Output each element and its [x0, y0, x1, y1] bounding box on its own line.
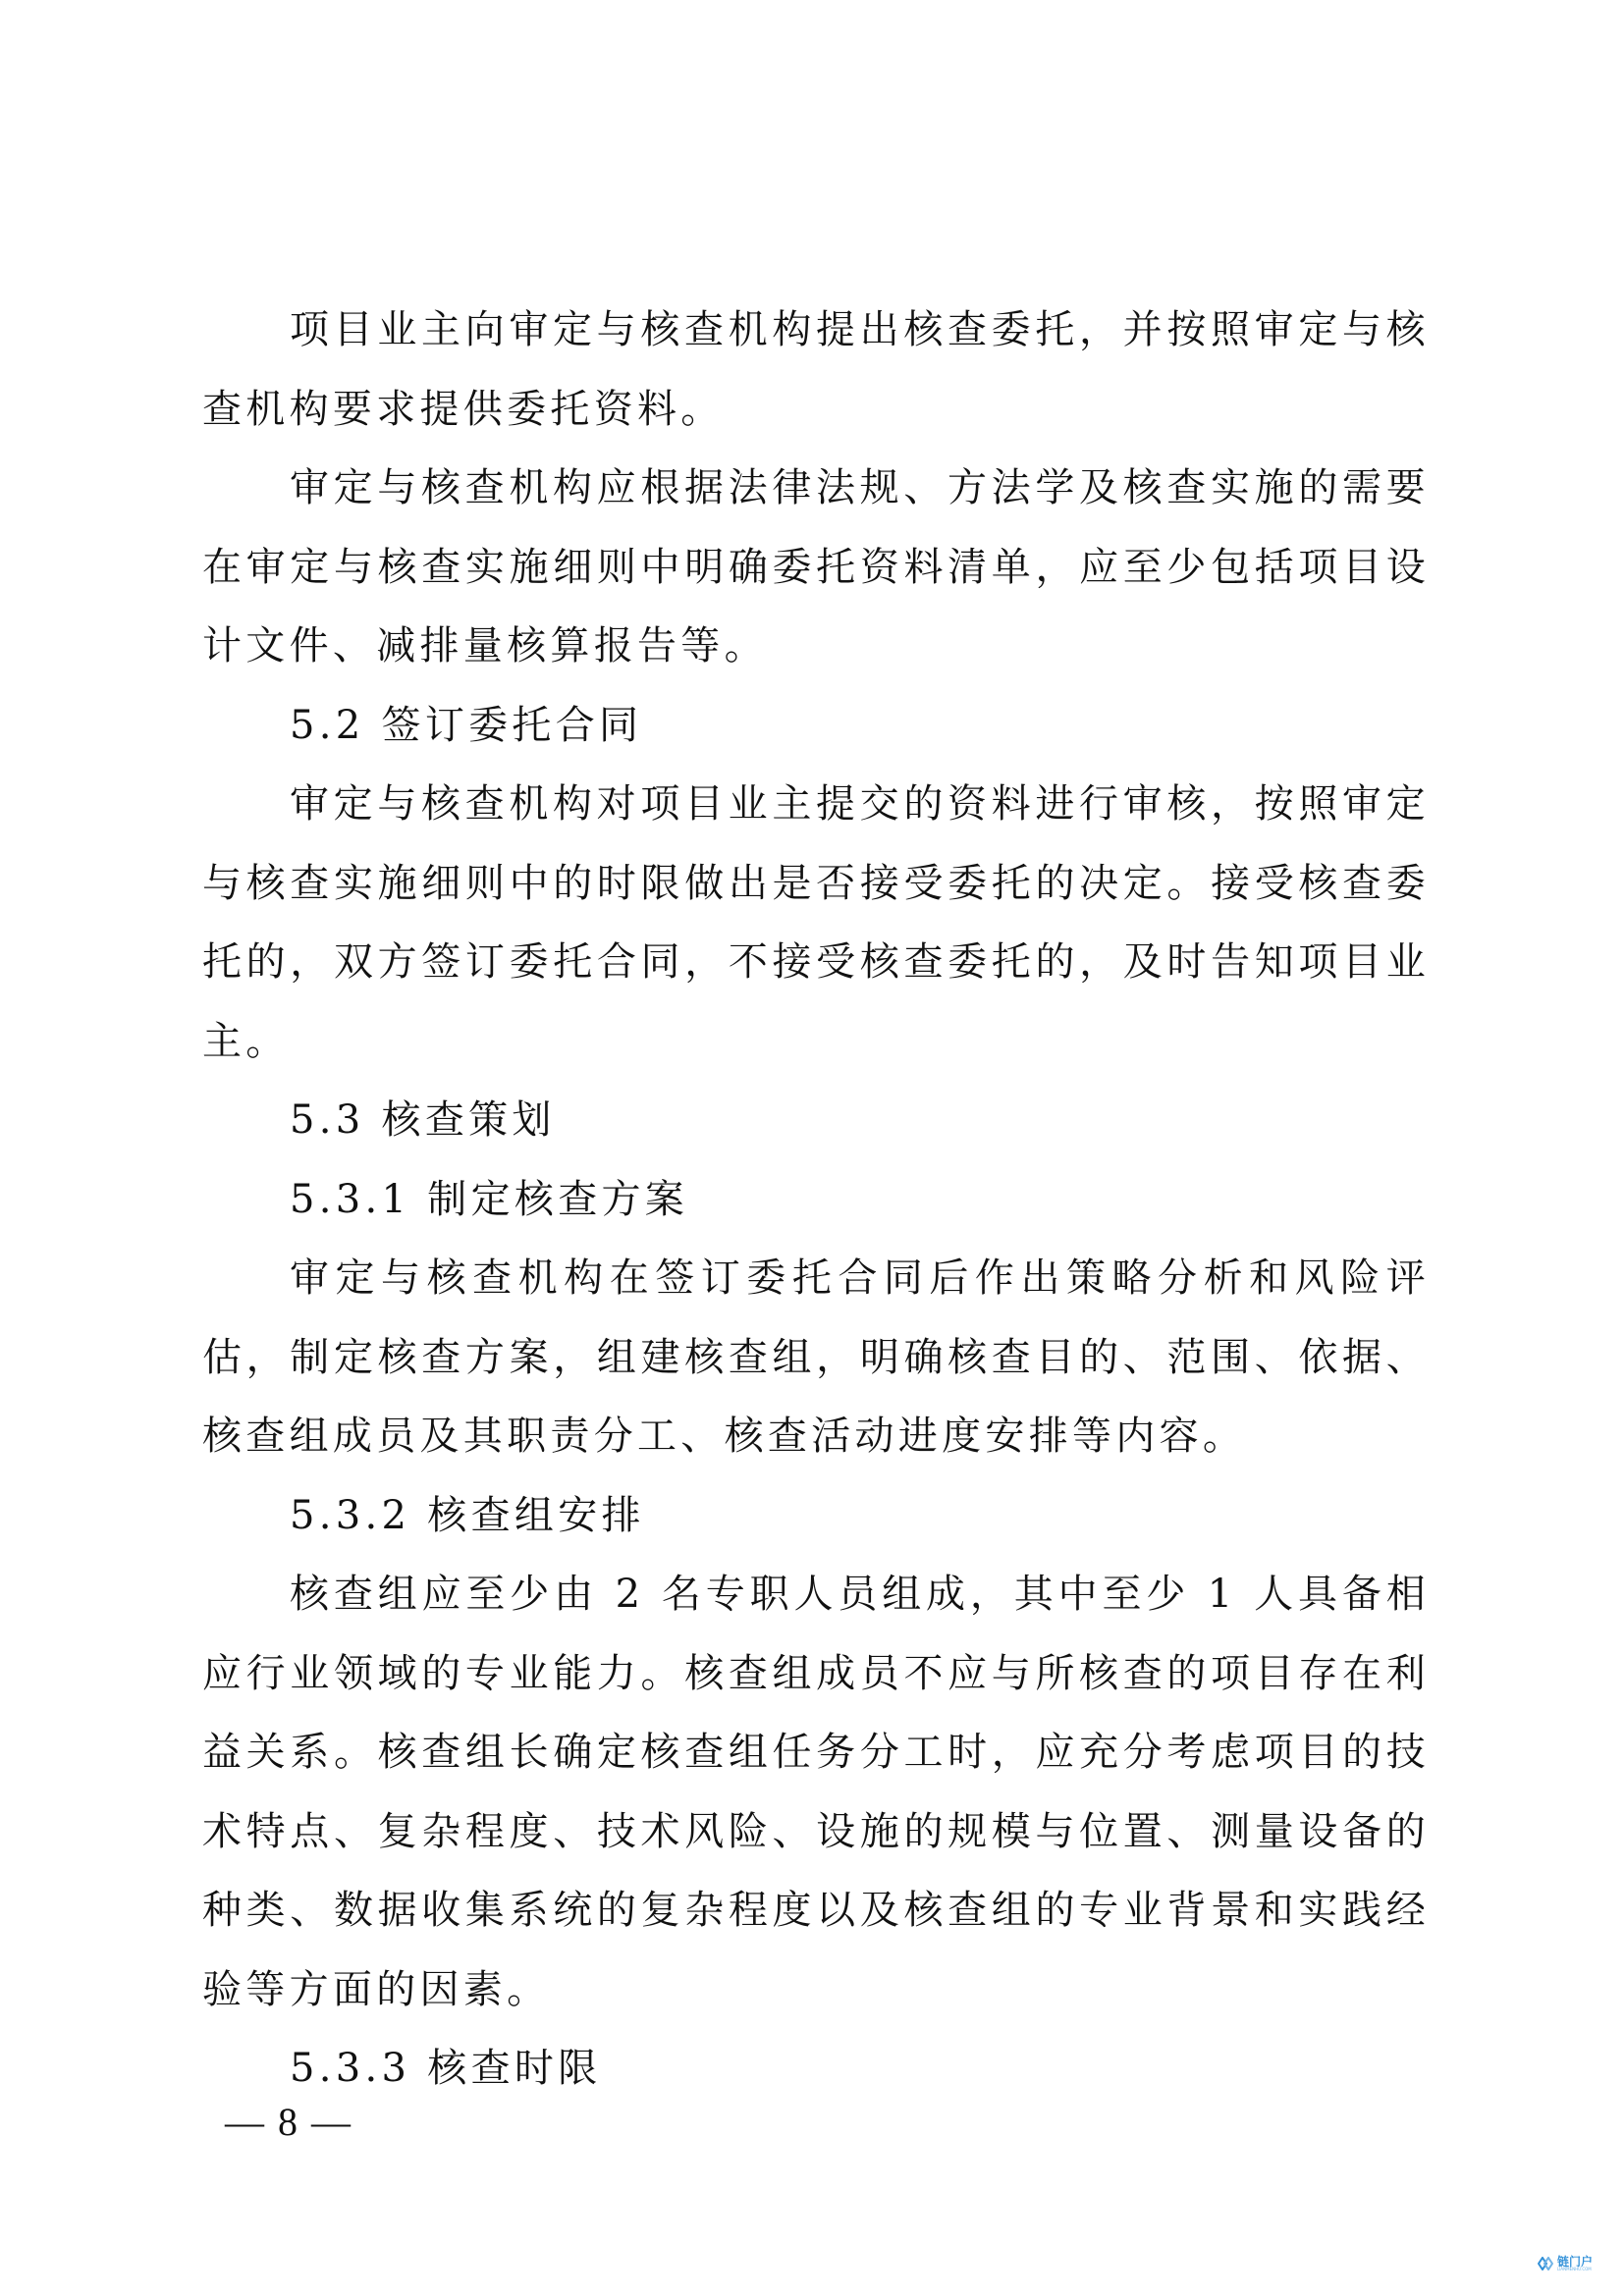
- paragraph-contract-signing: 审定与核查机构对项目业主提交的资料进行审核，按照审定与核查实施细则中的时限做出是…: [202, 765, 1430, 1081]
- section-heading-5-3-2: 5.3.2 核查组安排: [202, 1476, 1430, 1556]
- diamond-logo-icon: [1538, 2257, 1553, 2270]
- section-heading-5-3: 5.3 核查策划: [202, 1081, 1430, 1160]
- paragraph-entrust-materials-list: 审定与核查机构应根据法律法规、方法学及核查实施的需要在审定与核查实施细则中明确委…: [202, 449, 1430, 686]
- paragraph-entrust-request: 项目业主向审定与核查机构提出核查委托，并按照审定与核查机构要求提供委托资料。: [202, 291, 1430, 449]
- paragraph-verification-plan: 审定与核查机构在签订委托合同后作出策略分析和风险评估，制定核查方案，组建核查组，…: [202, 1239, 1430, 1476]
- page-number: — 8 —: [225, 2099, 352, 2145]
- watermark-subtitle: LIANMENHU.COM: [1557, 2268, 1593, 2271]
- watermark-logo: 链门户 LIANMENHU.COM: [1538, 2256, 1593, 2271]
- document-page: 项目业主向审定与核查机构提出核查委托，并按照审定与核查机构要求提供委托资料。 审…: [0, 0, 1624, 2296]
- body-text: 项目业主向审定与核查机构提出核查委托，并按照审定与核查机构要求提供委托资料。 审…: [202, 291, 1430, 2109]
- paragraph-team-arrangement: 核查组应至少由 2 名专职人员组成，其中至少 1 人具备相应行业领域的专业能力。…: [202, 1555, 1430, 2029]
- section-heading-5-3-3: 5.3.3 核查时限: [202, 2029, 1430, 2109]
- section-heading-5-2: 5.2 签订委托合同: [202, 686, 1430, 766]
- section-heading-5-3-1: 5.3.1 制定核查方案: [202, 1160, 1430, 1240]
